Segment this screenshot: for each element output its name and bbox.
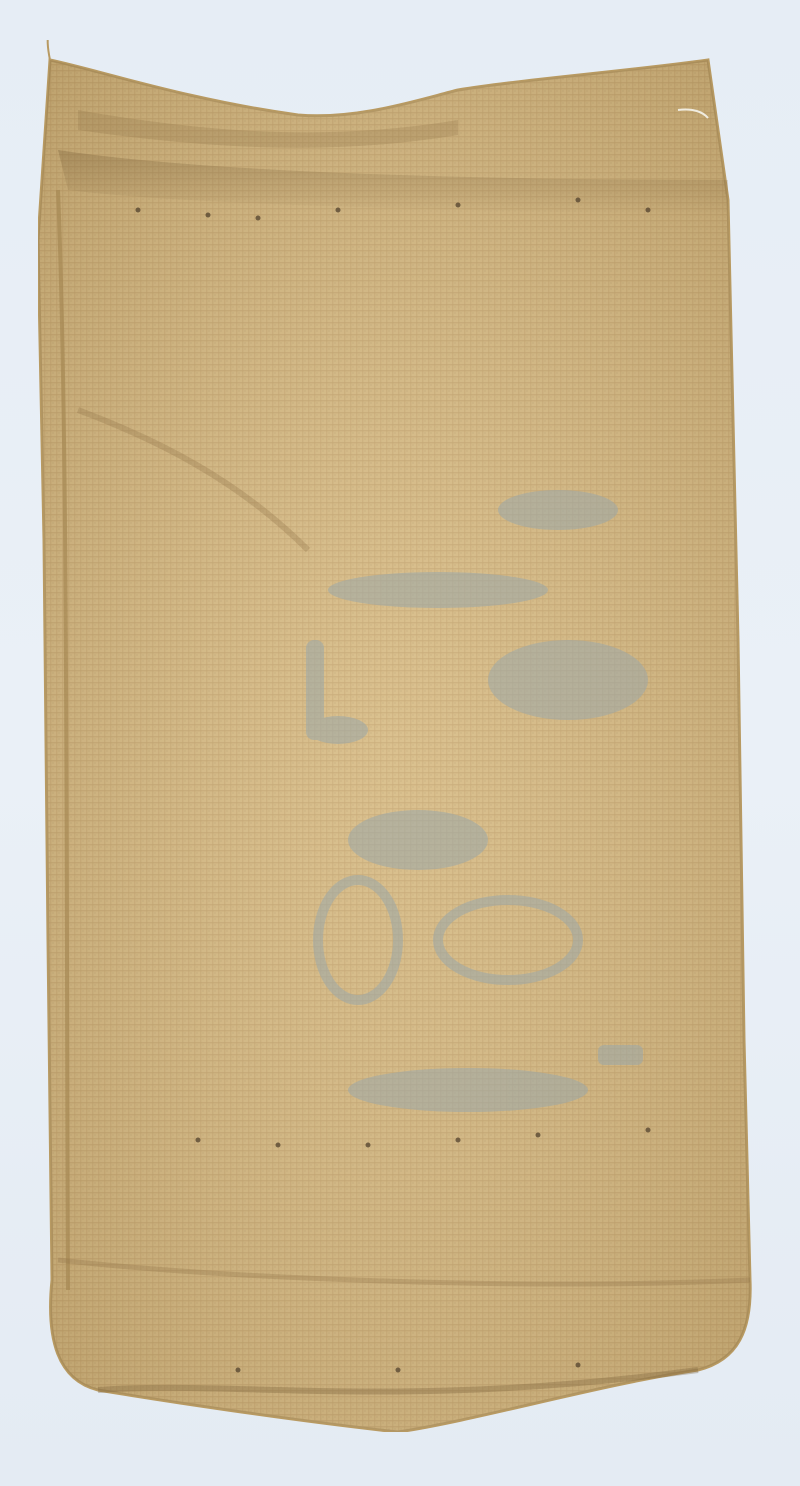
burlap-sack [38,40,754,1432]
sack-illustration [38,40,754,1432]
photo-scene: Burlap sack [0,0,800,1486]
